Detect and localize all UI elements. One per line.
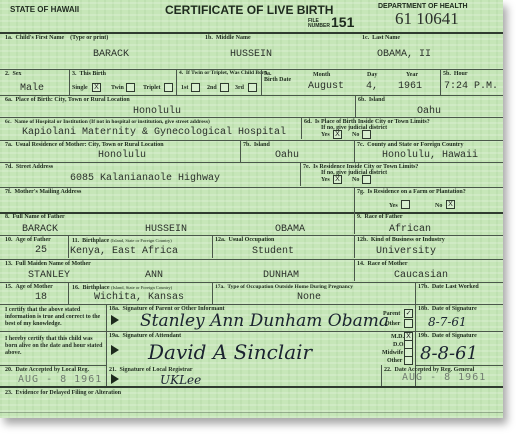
field-7d-label: 7d. Street Address: [5, 164, 53, 171]
field-17b-label: 17b. Date Last Worked: [418, 284, 479, 291]
checkbox-single[interactable]: X: [92, 83, 101, 92]
checkbox-7e-no[interactable]: [362, 175, 371, 184]
field-13-label: 13. Full Maiden Name of Mother: [5, 261, 91, 268]
file-label-line2: NUMBER: [308, 24, 330, 29]
field-8-label: 8. Full Name of Father: [5, 214, 65, 221]
document-title: CERTIFICATE OF LIVE BIRTH: [165, 3, 333, 17]
field-2-label: 2. Sex: [5, 71, 22, 78]
mother-middle-name: ANN: [145, 270, 163, 281]
hospital-name: Kapiolani Maternity & Gynecological Hosp…: [22, 127, 286, 138]
year-label: Year: [406, 72, 418, 79]
field-14-label: 14. Race of Mother: [357, 261, 407, 268]
checkbox-7g-yes[interactable]: [401, 200, 410, 209]
checkbox-6d-yes[interactable]: X: [333, 130, 342, 139]
month-label: Month: [313, 72, 330, 79]
father-race: African: [389, 224, 431, 235]
checkbox-6d-no[interactable]: [362, 130, 371, 139]
field-6b-label: 6b. Island: [358, 97, 385, 104]
option-midwife: Midwife: [382, 350, 403, 357]
field-11-label: 11. Birthplace (Island, State or Foreign…: [72, 237, 172, 245]
mother-occupation: None: [297, 292, 321, 303]
checkbox-triplet[interactable]: [164, 83, 173, 92]
birth-year: 1961: [398, 81, 422, 92]
checkbox-2nd[interactable]: [220, 83, 229, 92]
option-yes: Yes: [321, 177, 330, 184]
child-first-name: BARACK: [93, 49, 129, 60]
option-3rd: 3rd: [235, 85, 244, 92]
birth-month: August: [308, 81, 344, 92]
day-label: Day: [367, 72, 377, 79]
file-label: FILE NUMBER: [308, 19, 330, 29]
reg-general-date-stamp: AUG - 8 1961: [402, 372, 486, 383]
field-15-label: 15. Age of Mother: [5, 284, 53, 291]
father-age: 25: [35, 245, 47, 256]
field-7a-label: 7a. Usual Residence of Mother: City, Tow…: [5, 142, 164, 149]
option-no: No: [435, 203, 442, 210]
option-parent: Parent: [383, 311, 400, 318]
arrow-icon: [111, 374, 119, 384]
field-6d-sub: If no, give judicial district: [321, 125, 387, 132]
field-6c-label: 6c. Name of Hospital or Institution (If …: [5, 119, 210, 126]
father-birthplace: Kenya, East Africa: [70, 246, 178, 257]
field-10-label: 10. Age of Father: [5, 237, 51, 244]
field-7g-label: 7g. Is Residence on a Farm or Plantation…: [357, 189, 466, 196]
field-18b-label: 18b. Date of Signature: [418, 306, 477, 313]
father-occupation: Student: [252, 246, 294, 257]
field-1b-label: 1b. Middle Name: [205, 35, 251, 42]
field-3-label: 3. This Birth: [72, 71, 106, 78]
option-md: M.D.: [391, 334, 404, 341]
certificate-number: 61 10641: [395, 9, 459, 29]
field-7b-label: 7b. Island: [243, 142, 270, 149]
attendant-signature: David A Sinclair: [148, 340, 312, 364]
option-2nd: 2nd: [207, 85, 217, 92]
field-5b-label: 5b. Hour: [443, 71, 468, 78]
mother-residence-county-state: Honolulu, Hawaii: [382, 150, 478, 161]
mother-age: 18: [35, 292, 47, 303]
field-9-label: 9. Race of Father: [357, 214, 402, 221]
checkbox-7e-yes[interactable]: X: [333, 175, 342, 184]
option-no: No: [352, 177, 359, 184]
field-19a-label: 19a. Signature of Attendant: [109, 333, 181, 340]
field-12b-label: 12b. Kind of Business or Industry: [357, 237, 445, 244]
arrow-icon: [111, 345, 119, 355]
option-single: Single: [72, 85, 88, 92]
field-7c-label: 7c. County and State or Foreign Country: [357, 142, 463, 149]
field-1a-label: 1a. Child's First Name (Type or print): [5, 35, 108, 42]
mother-race: Caucasian: [394, 270, 448, 281]
field-17a-label: 17a. Type of Occupation Outside Home Dur…: [215, 284, 353, 291]
checkbox-other-attendant[interactable]: [404, 356, 413, 365]
field-7f-label: 7f. Mother's Mailing Address: [5, 189, 81, 196]
mother-street-address: 6085 Kalanianaole Highway: [70, 173, 220, 184]
informant-signature: Stanley Ann Dunham Obama: [140, 311, 389, 331]
field-20-label: 20. Date Accepted by Local Reg.: [5, 367, 89, 374]
mother-birthplace: Wichita, Kansas: [94, 292, 184, 303]
birth-certificate: STATE OF HAWAII CERTIFICATE OF LIVE BIRT…: [0, 0, 503, 418]
informant-certification: I certify that the above stated informat…: [5, 307, 105, 328]
mother-first-name: STANLEY: [28, 270, 70, 281]
local-reg-date-stamp: AUG - 8 1961: [18, 374, 102, 385]
informant-signature-date: 8-7-61: [428, 315, 467, 329]
state-label: STATE OF HAWAII: [10, 5, 79, 14]
father-first-name: BARACK: [22, 224, 58, 235]
checkbox-parent[interactable]: ✓: [404, 309, 413, 318]
field-4-label: 4. If Twin or Triplet, Was Child Born: [179, 71, 267, 76]
option-yes: Yes: [389, 203, 398, 210]
checkbox-other[interactable]: [404, 319, 413, 328]
option-triplet: Triplet: [143, 85, 161, 92]
option-other: Other: [385, 321, 400, 328]
mother-residence-island: Oahu: [275, 150, 299, 161]
child-sex: Male: [20, 83, 44, 94]
field-16-label: 16. Birthplace (Island, State or Foreign…: [72, 284, 172, 292]
field-6a-label: 6a. Place of Birth: City, Town or Rural …: [5, 97, 130, 104]
father-business: University: [376, 246, 436, 257]
field-1c-label: 1c. Last Name: [362, 35, 400, 42]
file-number: 151: [331, 14, 354, 30]
child-last-name: OBAMA, II: [377, 49, 431, 60]
option-1st: 1st: [181, 85, 188, 92]
option-other: Other: [387, 358, 402, 365]
birth-day: 4,: [366, 81, 378, 92]
birth-city: Honolulu: [133, 106, 181, 117]
birth-island: Oahu: [417, 106, 441, 117]
child-middle-name: HUSSEIN: [230, 49, 272, 60]
birth-hour: 7:24 P.M.: [444, 81, 498, 92]
father-last-name: OBAMA: [275, 224, 305, 235]
checkbox-twin[interactable]: [126, 83, 135, 92]
option-twin: Twin: [111, 85, 124, 92]
field-7e-sub: If no, give judicial district: [321, 170, 387, 177]
arrow-icon: [111, 315, 119, 325]
father-middle-name: HUSSEIN: [145, 224, 187, 235]
local-registrar-signature: UKLee: [160, 373, 201, 387]
mother-last-name: DUNHAM: [263, 270, 299, 281]
option-yes: Yes: [321, 132, 330, 139]
field-12a-label: 12a. Usual Occupation: [215, 237, 274, 244]
checkbox-1st[interactable]: [191, 83, 200, 92]
field-19b-label: 19b. Date of Signature: [418, 333, 477, 340]
checkbox-7g-no[interactable]: X: [446, 200, 455, 209]
attendant-signature-date: 8-8-61: [420, 343, 478, 364]
option-no: No: [352, 132, 359, 139]
attendant-certification: I hereby certify that this child was bor…: [5, 336, 105, 357]
checkbox-3rd[interactable]: [248, 83, 257, 92]
mother-residence-city: Honolulu: [98, 150, 146, 161]
field-5a-label: 5a.Birth Date: [264, 71, 291, 83]
field-23-label: 23. Evidence for Delayed Filing or Alter…: [5, 390, 121, 397]
